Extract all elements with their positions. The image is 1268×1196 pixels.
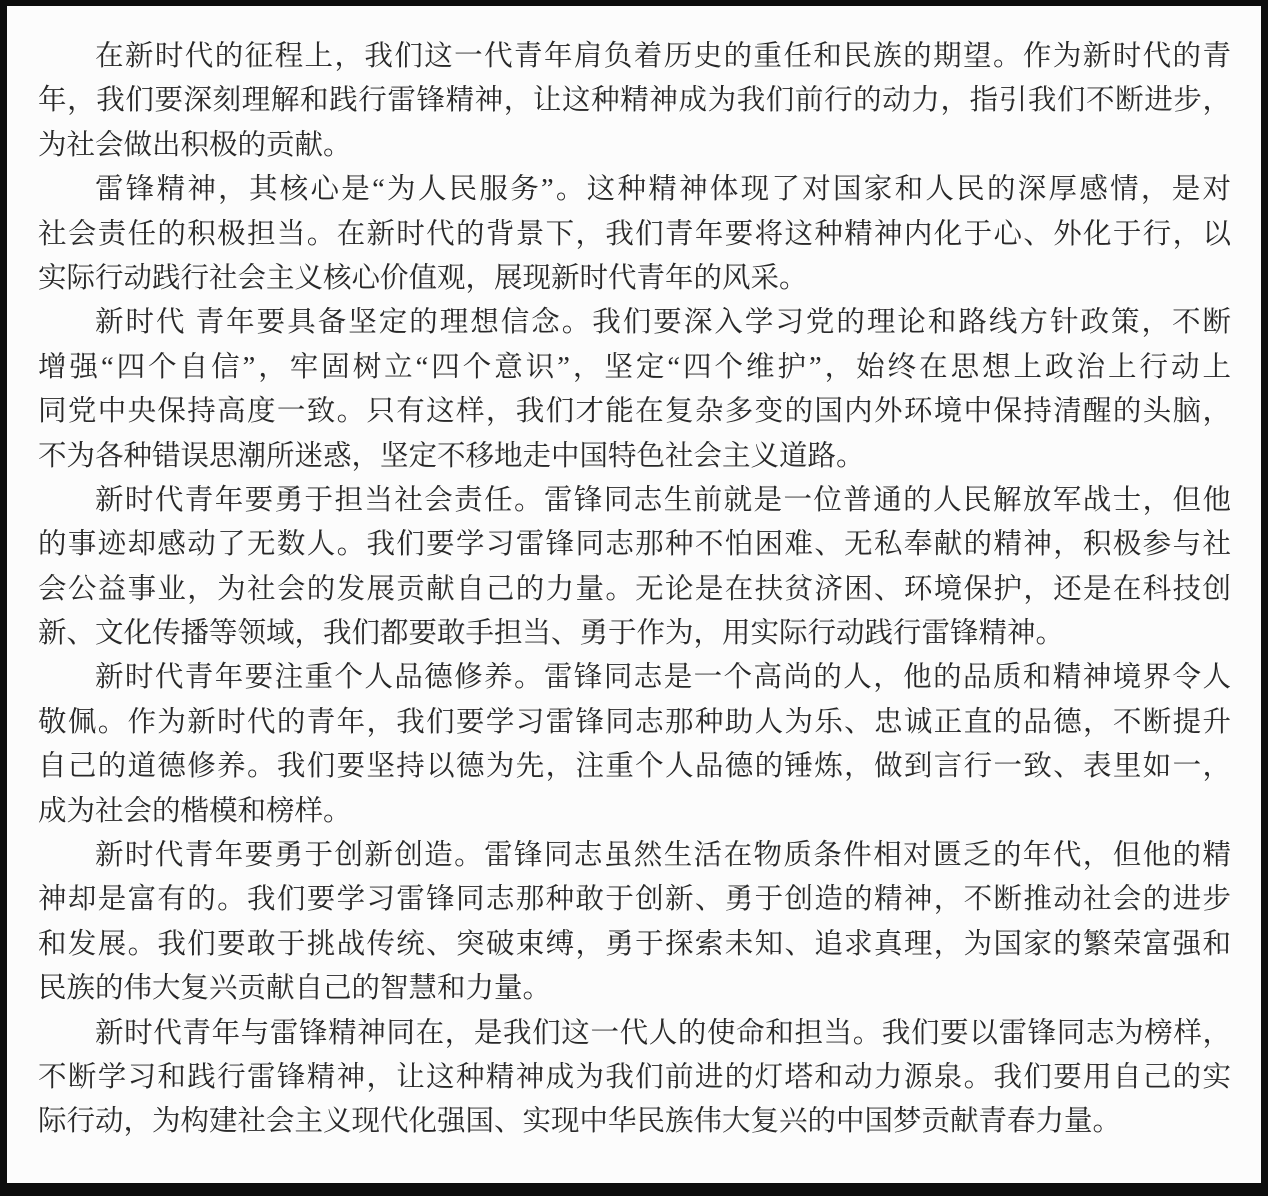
text-line: 在新时代的征程上，我们这一代青年肩负着历史的重任和民族的期望。作为新时代的青	[38, 35, 1231, 79]
paragraph: 新时代 青年要具备坚定的理想信念。我们要深入学习党的理论和路线方针政策，不断增强…	[38, 301, 1231, 479]
text-line: 民族的伟大复兴贡献自己的智慧和力量。	[38, 967, 1231, 1011]
document-body: 在新时代的征程上，我们这一代青年肩负着历史的重任和民族的期望。作为新时代的青年，…	[7, 6, 1261, 1183]
paragraph: 雷锋精神，其核心是“为人民服务”。这种精神体现了对国家和人民的深厚感情，是对社会…	[38, 168, 1231, 301]
text-line: 新时代青年要勇于创新创造。雷锋同志虽然生活在物质条件相对匮乏的年代，但他的精	[38, 834, 1231, 878]
text-line: 敬佩。作为新时代的青年，我们要学习雷锋同志那种助人为乐、忠诚正直的品德，不断提升	[38, 701, 1231, 745]
text-line: 增强“四个自信”，牢固树立“四个意识”，坚定“四个维护”，始终在思想上政治上行动…	[38, 346, 1231, 390]
text-line: 新时代青年要勇于担当社会责任。雷锋同志生前就是一位普通的人民解放军战士，但他	[38, 479, 1231, 523]
text-line: 会公益事业，为社会的发展贡献自己的力量。无论是在扶贫济困、环境保护，还是在科技创	[38, 568, 1231, 612]
paragraph: 新时代青年要勇于创新创造。雷锋同志虽然生活在物质条件相对匮乏的年代，但他的精神却…	[38, 834, 1231, 1012]
text-line: 际行动，为构建社会主义现代化强国、实现中华民族伟大复兴的中国梦贡献青春力量。	[38, 1100, 1231, 1144]
scanned-page: 在新时代的征程上，我们这一代青年肩负着历史的重任和民族的期望。作为新时代的青年，…	[0, 0, 1268, 1196]
text-line: 神却是富有的。我们要学习雷锋同志那种敢于创新、勇于创造的精神，不断推动社会的进步	[38, 878, 1231, 922]
paragraph: 新时代青年与雷锋精神同在，是我们这一代人的使命和担当。我们要以雷锋同志为榜样，不…	[38, 1012, 1231, 1145]
text-line: 新时代青年与雷锋精神同在，是我们这一代人的使命和担当。我们要以雷锋同志为榜样，	[38, 1012, 1231, 1056]
text-line: 新时代 青年要具备坚定的理想信念。我们要深入学习党的理论和路线方针政策，不断	[38, 301, 1231, 345]
text-line: 新时代青年要注重个人品德修养。雷锋同志是一个高尚的人，他的品质和精神境界令人	[38, 656, 1231, 700]
text-line: 不断学习和践行雷锋精神，让这种精神成为我们前进的灯塔和动力源泉。我们要用自己的实	[38, 1056, 1231, 1100]
text-line: 成为社会的楷模和榜样。	[38, 790, 1231, 834]
text-line: 不为各种错误思潮所迷惑，坚定不移地走中国特色社会主义道路。	[38, 435, 1231, 479]
paragraph: 在新时代的征程上，我们这一代青年肩负着历史的重任和民族的期望。作为新时代的青年，…	[38, 35, 1231, 168]
text-line: 和发展。我们要敢于挑战传统、突破束缚，勇于探索未知、追求真理，为国家的繁荣富强和	[38, 923, 1231, 967]
text-line: 新、文化传播等领域，我们都要敢手担当、勇于作为，用实际行动践行雷锋精神。	[38, 612, 1231, 656]
paragraph: 新时代青年要勇于担当社会责任。雷锋同志生前就是一位普通的人民解放军战士，但他的事…	[38, 479, 1231, 657]
paragraph: 新时代青年要注重个人品德修养。雷锋同志是一个高尚的人，他的品质和精神境界令人敬佩…	[38, 656, 1231, 834]
text-line: 的事迹却感动了无数人。我们要学习雷锋同志那种不怕困难、无私奉献的精神，积极参与社	[38, 523, 1231, 567]
text-line: 雷锋精神，其核心是“为人民服务”。这种精神体现了对国家和人民的深厚感情，是对	[38, 168, 1231, 212]
text-line: 年，我们要深刻理解和践行雷锋精神，让这种精神成为我们前行的动力，指引我们不断进步…	[38, 79, 1231, 123]
text-line: 自己的道德修养。我们要坚持以德为先，注重个人品德的锤炼，做到言行一致、表里如一，	[38, 745, 1231, 789]
text-line: 社会责任的积极担当。在新时代的背景下，我们青年要将这种精神内化于心、外化于行，以	[38, 213, 1231, 257]
text-line: 实际行动践行社会主义核心价值观，展现新时代青年的风采。	[38, 257, 1231, 301]
text-line: 为社会做出积极的贡献。	[38, 124, 1231, 168]
text-line: 同党中央保持高度一致。只有这样，我们才能在复杂多变的国内外环境中保持清醒的头脑，	[38, 390, 1231, 434]
